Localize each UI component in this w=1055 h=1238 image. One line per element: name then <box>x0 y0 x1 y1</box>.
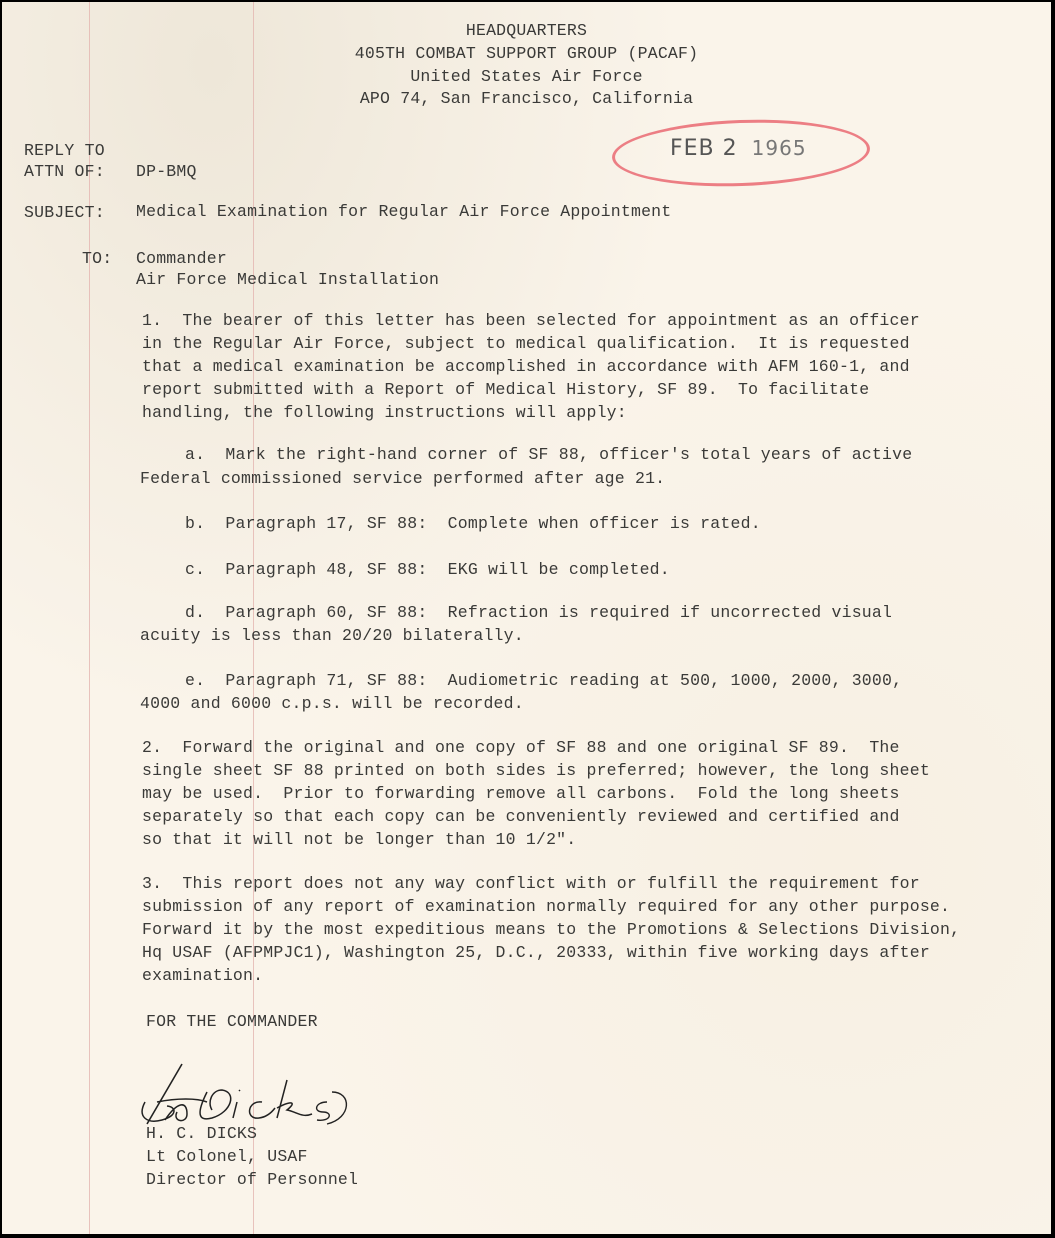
para2-line: single sheet SF 88 printed on both sides… <box>142 759 930 783</box>
letter-page: HEADQUARTERS 405TH COMBAT SUPPORT GROUP … <box>2 2 1051 1234</box>
item-d-line: d. Paragraph 60, SF 88: Refraction is re… <box>185 601 892 625</box>
closing: FOR THE COMMANDER <box>146 1010 318 1034</box>
item-e-line: e. Paragraph 71, SF 88: Audiometric read… <box>185 669 902 693</box>
letterhead-line-3: United States Air Force <box>2 65 1051 89</box>
item-c: c. Paragraph 48, SF 88: EKG will be comp… <box>185 558 670 582</box>
margin-rule-left <box>89 2 90 1234</box>
item-b: b. Paragraph 17, SF 88: Complete when of… <box>185 512 761 536</box>
para2-line: may be used. Prior to forwarding remove … <box>142 782 900 806</box>
para3-line: examination. <box>142 964 263 988</box>
attn-of-label: ATTN OF: <box>24 160 105 184</box>
to-line-2: Air Force Medical Installation <box>136 268 439 292</box>
para3-line: submission of any report of examination … <box>142 895 950 919</box>
attn-of-value: DP-BMQ <box>136 160 197 184</box>
subject-label: SUBJECT: <box>24 201 105 225</box>
para1-line: in the Regular Air Force, subject to med… <box>142 332 910 356</box>
para2-line: so that it will not be longer than 10 1/… <box>142 828 576 852</box>
para1-line: 1. The bearer of this letter has been se… <box>142 309 920 333</box>
subject-value: Medical Examination for Regular Air Forc… <box>136 200 671 224</box>
signer-name: H. C. DICKS <box>146 1122 257 1146</box>
date-stamp: FEB 21965 <box>670 136 807 161</box>
para1-line: that a medical examination be accomplish… <box>142 355 910 379</box>
letterhead-line-4: APO 74, San Francisco, California <box>2 87 1051 111</box>
to-label: TO: <box>82 247 112 271</box>
item-d-line: acuity is less than 20/20 bilaterally. <box>140 624 524 648</box>
para2-line: separately so that each copy can be conv… <box>142 805 900 829</box>
para2-line: 2. Forward the original and one copy of … <box>142 736 900 760</box>
signer-rank: Lt Colonel, USAF <box>146 1145 308 1169</box>
signer-title: Director of Personnel <box>146 1168 358 1192</box>
para3-line: Forward it by the most expeditious means… <box>142 918 960 942</box>
item-a-line: a. Mark the right-hand corner of SF 88, … <box>185 443 912 467</box>
letterhead-line-1: HEADQUARTERS <box>2 19 1051 43</box>
para3-line: Hq USAF (AFPMPJC1), Washington 25, D.C.,… <box>142 941 930 965</box>
item-e-line: 4000 and 6000 c.p.s. will be recorded. <box>140 692 524 716</box>
item-a-line: Federal commissioned service performed a… <box>140 467 665 491</box>
para3-line: 3. This report does not any way conflict… <box>142 872 920 896</box>
stamp-year: 1965 <box>752 136 807 160</box>
para1-line: report submitted with a Report of Medica… <box>142 378 869 402</box>
para1-line: handling, the following instructions wil… <box>142 401 627 425</box>
stamp-date: FEB 2 <box>670 136 738 161</box>
letterhead-line-2: 405TH COMBAT SUPPORT GROUP (PACAF) <box>2 42 1051 66</box>
